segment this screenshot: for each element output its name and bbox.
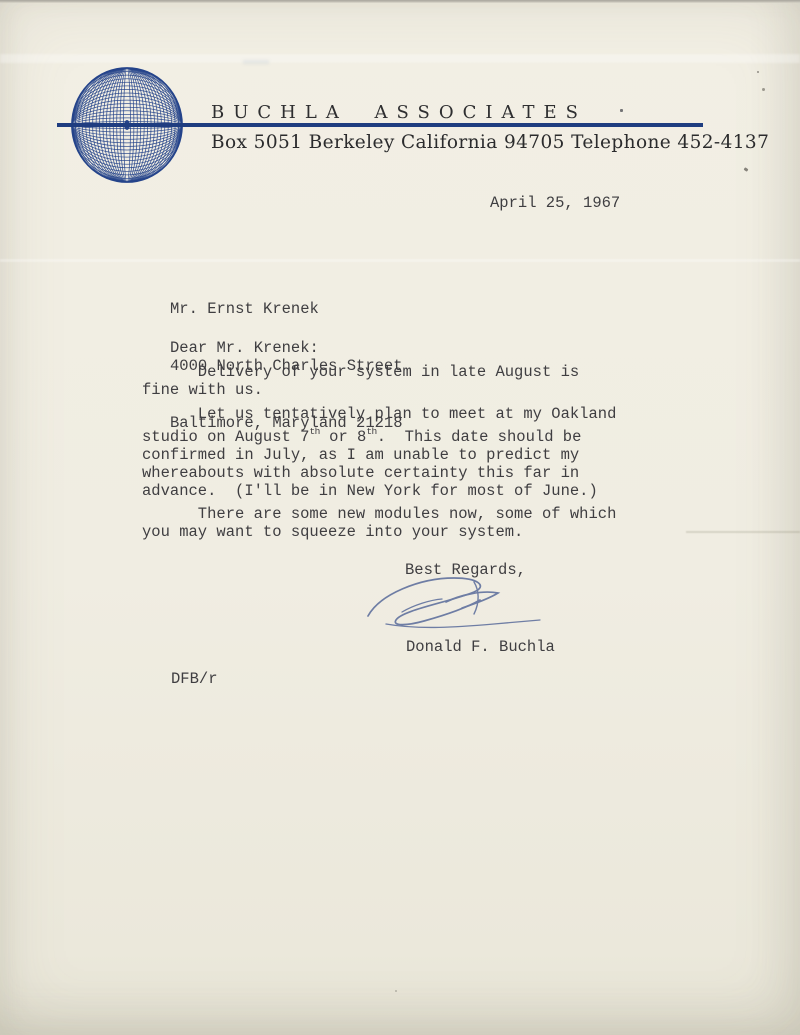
- signature: [362, 572, 552, 636]
- paragraph: Let us tentatively plan to meet at my Oa…: [142, 406, 616, 501]
- letterhead-address: Box 5051 Berkeley California 94705 Telep…: [211, 132, 769, 153]
- dust-speck: [395, 990, 397, 992]
- print-dot: [620, 109, 623, 112]
- scanned-letter-page: BUCHLA ASSOCIATES Box 5051 Berkeley Cali…: [0, 0, 800, 1035]
- letter-date: April 25, 1967: [490, 194, 620, 212]
- reference-initials: DFB/r: [171, 670, 218, 688]
- company-name: BUCHLA ASSOCIATES: [211, 102, 587, 123]
- letterhead-rule: [57, 123, 703, 127]
- dust-speck: [762, 88, 765, 91]
- paragraph: There are some new modules now, some of …: [142, 506, 616, 542]
- paragraph: Delivery of your system in late August i…: [142, 364, 579, 400]
- salutation: Dear Mr. Krenek:: [170, 339, 319, 357]
- paper-crease: [686, 531, 800, 533]
- scan-top-edge: [0, 0, 800, 3]
- dust-speck: [744, 167, 749, 172]
- ink-smudge: [243, 60, 269, 64]
- scan-light-band: [0, 54, 800, 63]
- signer-name: Donald F. Buchla: [406, 638, 555, 656]
- signature-scrawl-icon: [362, 572, 552, 636]
- dust-speck: [757, 71, 759, 73]
- recipient-name: Mr. Ernst Krenek: [170, 300, 403, 319]
